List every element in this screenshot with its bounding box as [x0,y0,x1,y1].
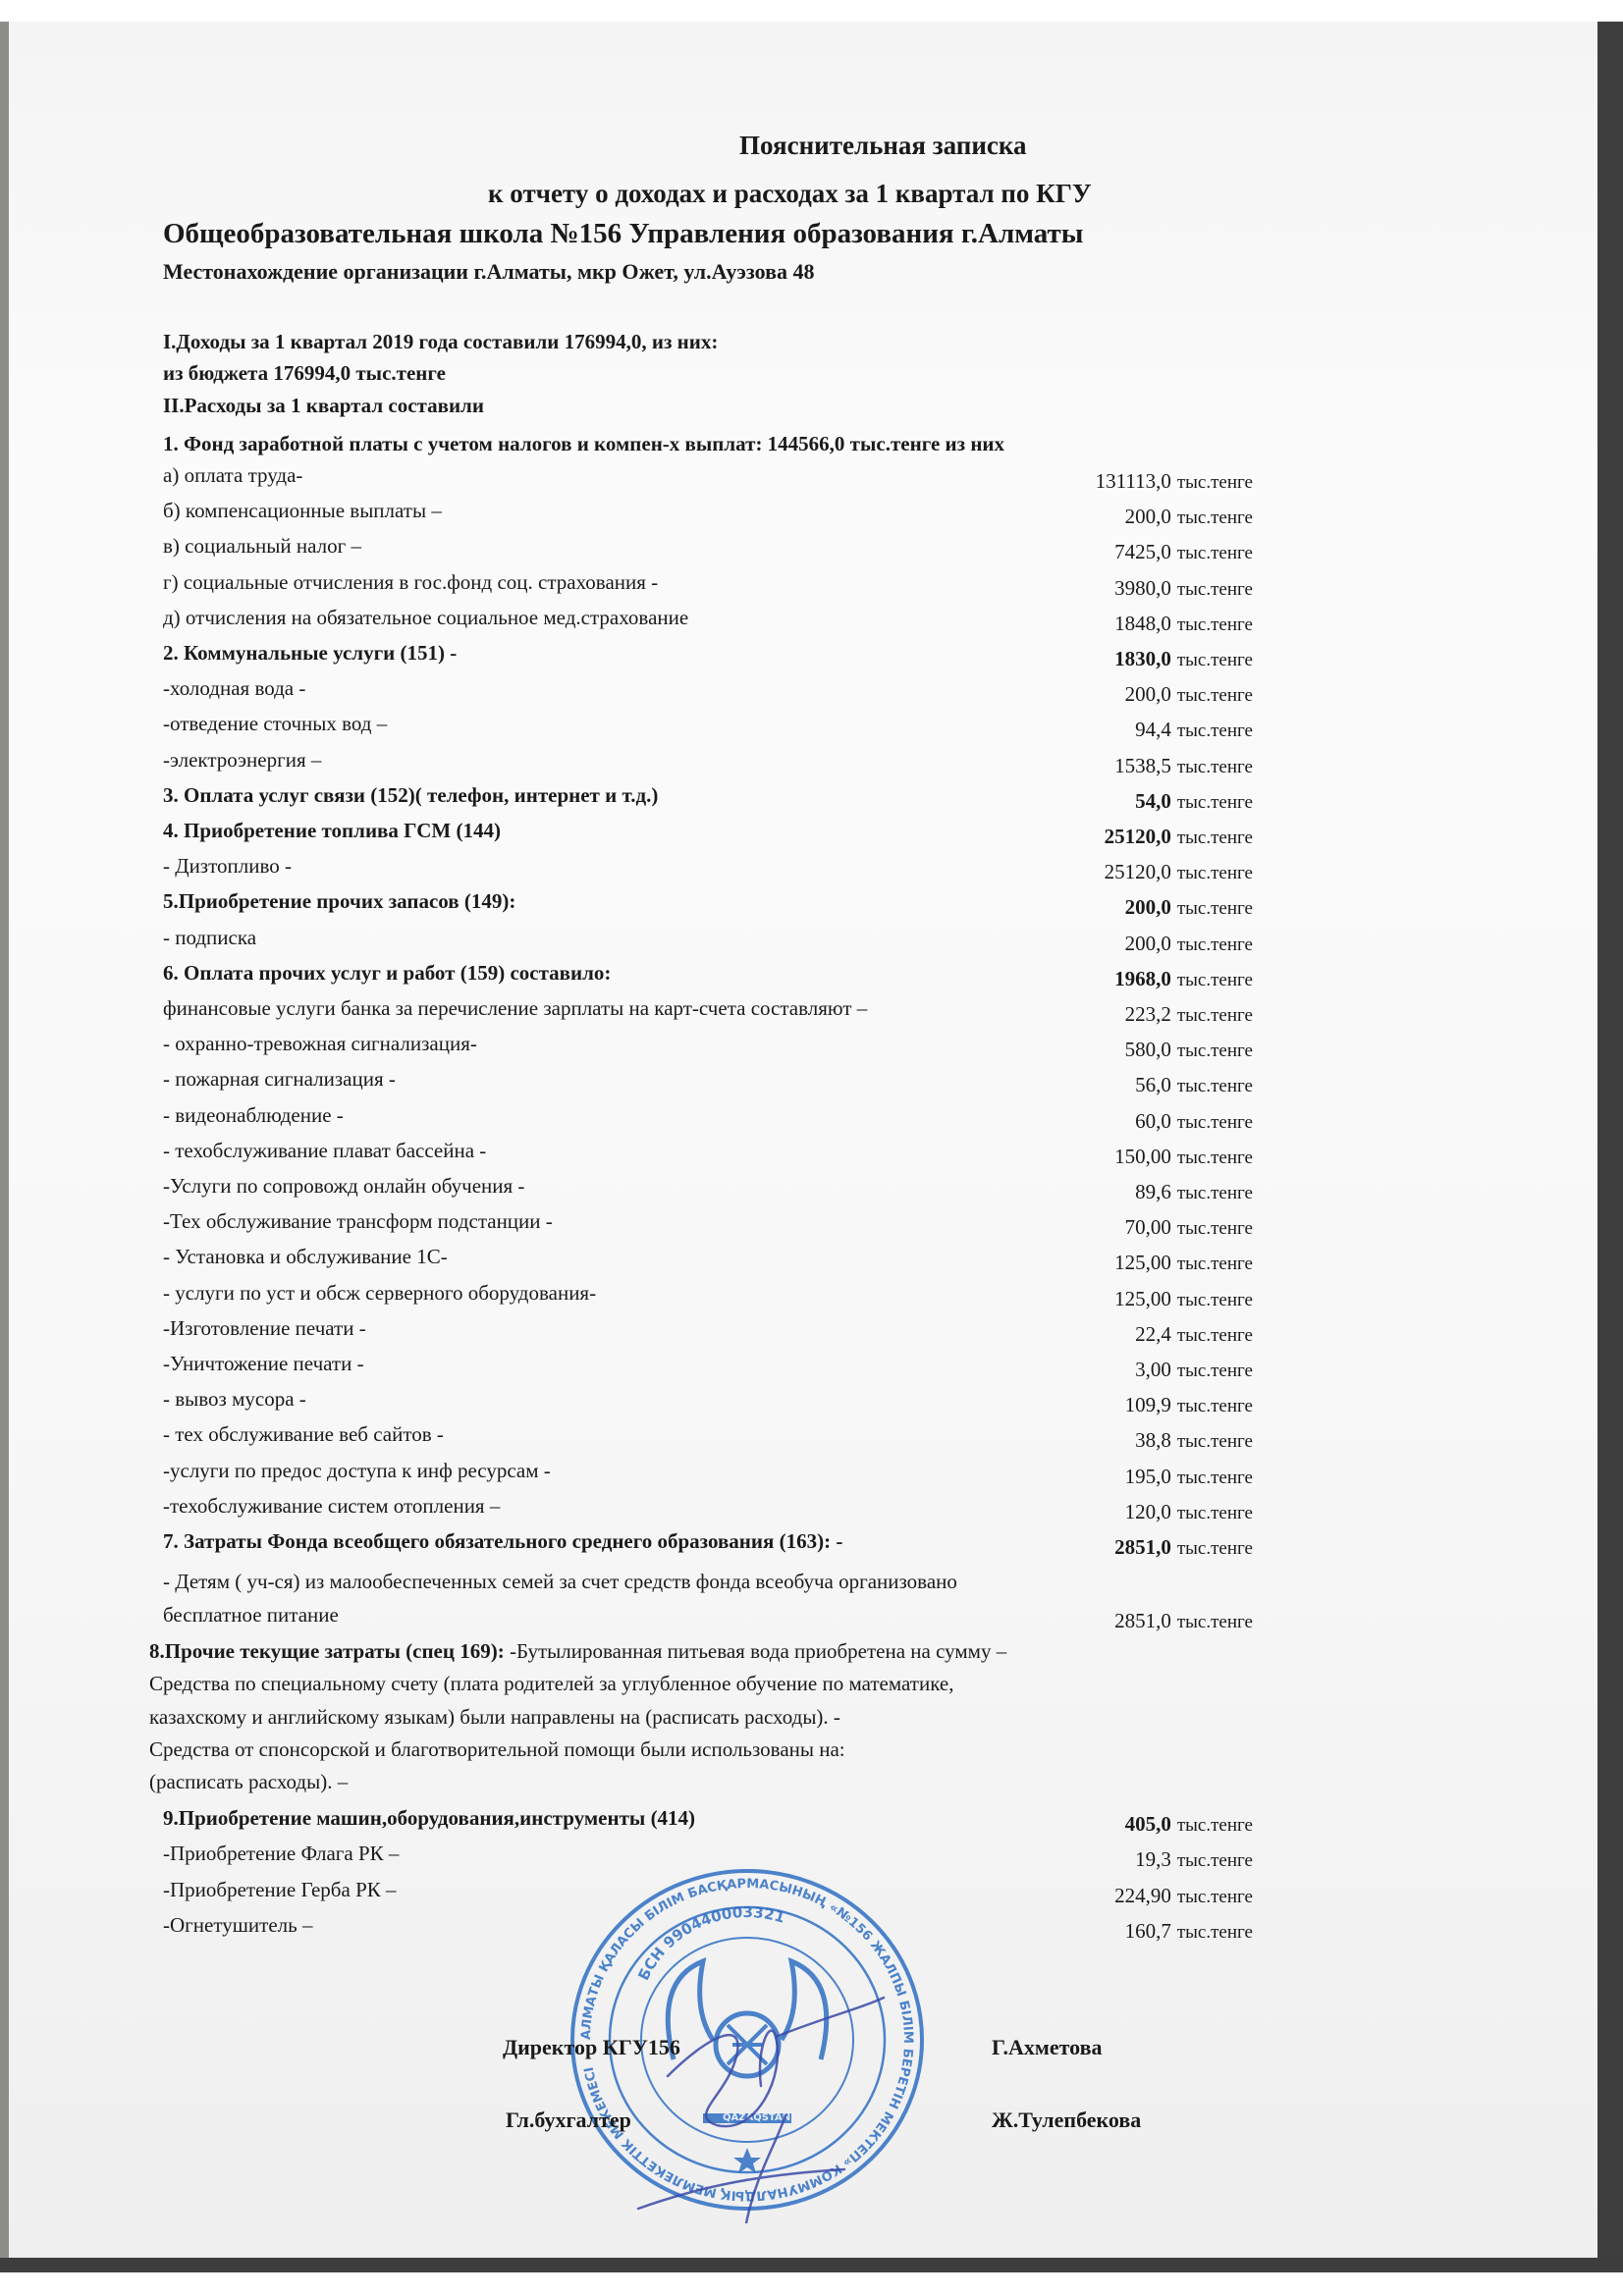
accountant-title: Гл.бухгалтер [506,2108,631,2133]
row-value: 1848,0 [1114,612,1171,635]
expense-row: -Тех обслуживание трансформ подстанции -… [163,1209,1253,1239]
row-value: 94,4 [1135,718,1171,741]
row-amount: 1968,0тыс.тенге [1114,967,1253,991]
row-unit: тыс.тенге [1177,1041,1253,1061]
row-amount: 22,4тыс.тенге [1135,1322,1253,1347]
document-title: Пояснительная записка [739,131,1027,161]
row-unit: тыс.тенге [1177,1183,1253,1203]
row-amount: 94,4тыс.тенге [1135,718,1253,742]
expense-row: -Изготовление печати -22,4тыс.тенге [163,1316,1253,1346]
row-value: 160,7 [1125,1919,1171,1943]
row-amount: 580,0тыс.тенге [1125,1038,1253,1062]
row-unit: тыс.тенге [1177,1254,1253,1274]
row-value: 224,90 [1114,1884,1171,1907]
expense-row: 5.Приобретение прочих запасов (149):200,… [163,889,1253,919]
expenses-heading: II.Расходы за 1 квартал составили [163,394,484,418]
row-amount: 54,0тыс.тенге [1135,789,1253,814]
section8-title: 8.Прочие текущие затраты (спец 169): [149,1639,510,1663]
row-unit: тыс.тенге [1177,1503,1253,1523]
row-amount: 200,0тыс.тенге [1125,682,1253,707]
row-value: 2851,0 [1114,1535,1171,1559]
row-value: 25120,0 [1105,825,1171,848]
row-amount: 1830,0тыс.тенге [1114,647,1253,671]
section8-water: -Бутылированная питьевая вода приобретен… [510,1639,1006,1663]
row-amount: 120,0тыс.тенге [1125,1500,1253,1524]
expense-row: -техобслуживание систем отопления –120,0… [163,1494,1253,1523]
row-label: -Услуги по сопровожд онлайн обучения - [163,1174,524,1199]
row-value: 200,0 [1125,505,1171,528]
row-value: 1968,0 [1114,967,1171,990]
row-amount: 223,2тыс.тенге [1125,1002,1253,1027]
row-label: - техобслуживание плават бассейна - [163,1139,486,1163]
row-amount: 70,00тыс.тенге [1125,1215,1253,1240]
expense-row: - подписка200,0тыс.тенге [163,926,1253,955]
row-label: 2. Коммунальные услуги (151) - [163,641,457,666]
expense-row: 4. Приобретение топлива ГСМ (144)25120,0… [163,819,1253,848]
row-unit: тыс.тенге [1177,1290,1253,1310]
expense-row: г) социальные отчисления в гос.фонд соц.… [163,570,1253,600]
row-unit: тыс.тенге [1177,1361,1253,1381]
row-label: в) социальный налог – [163,534,361,559]
expense-row: - Установка и обслуживание 1С-125,00тыс.… [163,1245,1253,1274]
row-label: - пожарная сигнализация - [163,1067,396,1092]
organization-location: Местонахождение организации г.Алматы, мк… [163,259,814,285]
row-label: г) социальные отчисления в гос.фонд соц.… [163,570,658,595]
expense-row: а) оплата труда-131113,0тыс.тенге [163,463,1253,493]
row-label: -техобслуживание систем отопления – [163,1494,500,1519]
row-unit: тыс.тенге [1177,721,1253,741]
row-label: 7. Затраты Фонда всеобщего обязательного… [163,1529,842,1554]
row-label: а) оплата труда- [163,463,302,488]
income-total: I.Доходы за 1 квартал 2019 года составил… [163,330,718,354]
row-label: -Тех обслуживание трансформ подстанции - [163,1209,553,1234]
row-amount: 89,6тыс.тенге [1135,1180,1253,1204]
row-unit: тыс.тенге [1177,1218,1253,1239]
expense-row: - вывоз мусора -109,9тыс.тенге [163,1387,1253,1416]
row-unit: тыс.тенге [1177,685,1253,706]
row-label: - Дизтопливо - [163,854,292,879]
expense-row: 6. Оплата прочих услуг и работ (159) сос… [163,961,1253,990]
row-label: -холодная вода - [163,676,305,701]
row-unit: тыс.тенге [1177,1468,1253,1488]
row-label: -Огнетушитель – [163,1913,312,1938]
row-unit: тыс.тенге [1177,1112,1253,1133]
row-label: -услуги по предос доступа к инф ресурсам… [163,1459,551,1483]
row-label: - тех обслуживание веб сайтов - [163,1422,444,1447]
section7-last-row: бесплатное питание 2851,0тыс.тенге [163,1603,1253,1632]
section8-line: Средства от спонсорской и благотворитель… [149,1737,845,1762]
row-value: 405,0 [1125,1812,1171,1836]
row-value: 56,0 [1135,1073,1171,1096]
row-label: - видеонаблюдение - [163,1103,344,1128]
expense-row: -электроэнергия –1538,5тыс.тенге [163,748,1253,777]
row-label: д) отчисления на обязательное социальное… [163,606,688,630]
row-label: - вывоз мусора - [163,1387,306,1412]
expense-row: - тех обслуживание веб сайтов -38,8тыс.т… [163,1422,1253,1452]
expense-row: 2. Коммунальные услуги (151) -1830,0тыс.… [163,641,1253,670]
row-amount: 25120,0тыс.тенге [1105,860,1253,884]
row-label: б) компенсационные выплаты – [163,499,442,523]
row-amount: 200,0тыс.тенге [1125,895,1253,920]
row-unit: тыс.тенге [1177,1076,1253,1096]
row-amount: 25120,0тыс.тенге [1105,825,1253,849]
expense-row: д) отчисления на обязательное социальное… [163,606,1253,635]
expense-row: 9.Приобретение машин,оборудования,инстру… [163,1806,1253,1836]
row-value: 2851,0 [1114,1609,1171,1632]
organization-name: Общеобразовательная школа №156 Управлени… [163,218,1083,250]
row-label: финансовые услуги банка за перечисление … [163,996,867,1021]
row-amount: 1848,0тыс.тенге [1114,612,1253,636]
row-label: 6. Оплата прочих услуг и работ (159) сос… [163,961,611,986]
row-unit: тыс.тенге [1177,543,1253,563]
row-unit: тыс.тенге [1177,1922,1253,1943]
row-unit: тыс.тенге [1177,1431,1253,1452]
row-amount: 109,9тыс.тенге [1125,1393,1253,1417]
expense-row: в) социальный налог –7425,0тыс.тенге [163,534,1253,563]
row-label: 9.Приобретение машин,оборудования,инстру… [163,1806,695,1831]
row-unit: тыс.тенге [1177,1325,1253,1346]
row-value: 38,8 [1135,1428,1171,1452]
row-value: 223,2 [1125,1002,1171,1026]
row-unit: тыс.тенге [1177,898,1253,919]
section7-note: - Детям ( уч-ся) из малообеспеченных сем… [163,1570,957,1594]
row-value: 7425,0 [1114,540,1171,563]
row-value: 200,0 [1125,932,1171,955]
scan-border-bottom [0,2258,1623,2272]
row-amount: 2851,0тыс.тенге [1114,1609,1253,1633]
row-amount: 60,0тыс.тенге [1135,1109,1253,1134]
document-subtitle: к отчету о доходах и расходах за 1 кварт… [488,179,1092,209]
row-unit: тыс.тенге [1177,1612,1253,1632]
scan-border-right [1597,22,1623,2272]
row-amount: 38,8тыс.тенге [1135,1428,1253,1453]
row-label: - услуги по уст и обсж серверного оборуд… [163,1281,596,1306]
expense-row: - Дизтопливо -25120,0тыс.тенге [163,854,1253,883]
expense-row: -отведение сточных вод –94,4тыс.тенге [163,712,1253,741]
row-value: 200,0 [1125,682,1171,706]
row-label: - охранно-тревожная сигнализация- [163,1032,477,1056]
row-value: 3980,0 [1114,576,1171,600]
expense-row: 3. Оплата услуг связи (152)( телефон, ин… [163,783,1253,813]
accountant-name: Ж.Тулепбекова [992,2108,1141,2133]
row-amount: 1538,5тыс.тенге [1114,754,1253,778]
row-unit: тыс.тенге [1177,579,1253,600]
row-amount: 150,00тыс.тенге [1114,1145,1253,1169]
row-unit: тыс.тенге [1177,792,1253,813]
row-value: 125,00 [1114,1251,1171,1274]
section1-heading: 1. Фонд заработной платы с учетом налого… [163,432,1004,456]
expense-row: - пожарная сигнализация -56,0тыс.тенге [163,1067,1253,1096]
row-value: 150,00 [1114,1145,1171,1168]
row-label: -Приобретение Флага РК – [163,1842,399,1866]
row-label: бесплатное питание [163,1603,339,1628]
row-amount: 160,7тыс.тенге [1125,1919,1253,1944]
row-value: 19,3 [1135,1847,1171,1871]
row-amount: 7425,0тыс.тенге [1114,540,1253,564]
row-unit: тыс.тенге [1177,472,1253,493]
expense-row: -услуги по предос доступа к инф ресурсам… [163,1459,1253,1488]
row-value: 200,0 [1125,895,1171,919]
row-label: -Уничтожение печати - [163,1352,364,1376]
row-label: -Приобретение Герба РК – [163,1878,397,1902]
row-unit: тыс.тенге [1177,934,1253,955]
row-unit: тыс.тенге [1177,1815,1253,1836]
row-amount: 200,0тыс.тенге [1125,505,1253,529]
row-amount: 125,00тыс.тенге [1114,1251,1253,1275]
row-value: 25120,0 [1105,860,1171,883]
scan-border-left [0,22,9,2272]
expense-row: - техобслуживание плават бассейна -150,0… [163,1139,1253,1168]
row-amount: 195,0тыс.тенге [1125,1465,1253,1489]
row-value: 22,4 [1135,1322,1171,1346]
row-value: 109,9 [1125,1393,1171,1416]
section8-line: Средства по специальному счету (плата ро… [149,1672,953,1696]
row-label: - Установка и обслуживание 1С- [163,1245,448,1269]
row-unit: тыс.тенге [1177,1887,1253,1907]
row-label: -отведение сточных вод – [163,712,387,736]
section8-heading: 8.Прочие текущие затраты (спец 169): -Бу… [149,1639,1006,1664]
director-name: Г.Ахметова [992,2035,1103,2060]
row-unit: тыс.тенге [1177,1148,1253,1168]
row-label: 4. Приобретение топлива ГСМ (144) [163,819,501,843]
row-value: 195,0 [1125,1465,1171,1488]
row-unit: тыс.тенге [1177,1396,1253,1416]
row-unit: тыс.тенге [1177,507,1253,528]
row-unit: тыс.тенге [1177,970,1253,990]
row-amount: 131113,0тыс.тенге [1096,469,1253,494]
row-unit: тыс.тенге [1177,614,1253,635]
director-title: Директор КГУ156 [503,2035,680,2060]
row-amount: 56,0тыс.тенге [1135,1073,1253,1097]
row-amount: 125,00тыс.тенге [1114,1287,1253,1311]
row-label: 3. Оплата услуг связи (152)( телефон, ин… [163,783,658,808]
row-label: -Изготовление печати - [163,1316,366,1341]
section8-line: (расписать расходы). – [149,1770,348,1794]
row-label: - подписка [163,926,256,950]
expense-row: - охранно-тревожная сигнализация-580,0ты… [163,1032,1253,1061]
row-value: 120,0 [1125,1500,1171,1523]
row-unit: тыс.тенге [1177,1005,1253,1026]
expense-row: 7. Затраты Фонда всеобщего обязательного… [163,1529,1253,1559]
row-unit: тыс.тенге [1177,1850,1253,1871]
row-amount: 3980,0тыс.тенге [1114,576,1253,601]
row-label: 5.Приобретение прочих запасов (149): [163,889,515,914]
row-value: 3,00 [1135,1358,1171,1381]
section8-line: казахскому и английскому языкам) были на… [149,1705,840,1730]
row-amount: 200,0тыс.тенге [1125,932,1253,956]
row-unit: тыс.тенге [1177,650,1253,670]
row-value: 60,0 [1135,1109,1171,1133]
row-unit: тыс.тенге [1177,863,1253,883]
expense-row: -Уничтожение печати -3,00тыс.тенге [163,1352,1253,1381]
row-value: 70,00 [1125,1215,1171,1239]
row-amount: 224,90тыс.тенге [1114,1884,1253,1908]
expense-row: б) компенсационные выплаты –200,0тыс.тен… [163,499,1253,528]
row-value: 89,6 [1135,1180,1171,1203]
row-amount: 2851,0тыс.тенге [1114,1535,1253,1560]
row-value: 1538,5 [1114,754,1171,777]
row-amount: 3,00тыс.тенге [1135,1358,1253,1382]
row-unit: тыс.тенге [1177,1538,1253,1559]
income-budget: из бюджета 176994,0 тыс.тенге [163,361,446,386]
row-value: 1830,0 [1114,647,1171,670]
row-unit: тыс.тенге [1177,828,1253,848]
row-amount: 19,3тыс.тенге [1135,1847,1253,1872]
handwritten-signature [628,1978,923,2223]
expense-row: финансовые услуги банка за перечисление … [163,996,1253,1026]
row-value: 54,0 [1135,789,1171,813]
expense-row: -Услуги по сопровожд онлайн обучения -89… [163,1174,1253,1203]
row-value: 580,0 [1125,1038,1171,1061]
row-value: 125,00 [1114,1287,1171,1310]
expense-row: -холодная вода -200,0тыс.тенге [163,676,1253,706]
expense-row: - услуги по уст и обсж серверного оборуд… [163,1281,1253,1310]
row-amount: 405,0тыс.тенге [1125,1812,1253,1837]
row-value: 131113,0 [1096,469,1171,493]
row-unit: тыс.тенге [1177,757,1253,777]
row-label: -электроэнергия – [163,748,321,773]
expense-row: - видеонаблюдение -60,0тыс.тенге [163,1103,1253,1133]
